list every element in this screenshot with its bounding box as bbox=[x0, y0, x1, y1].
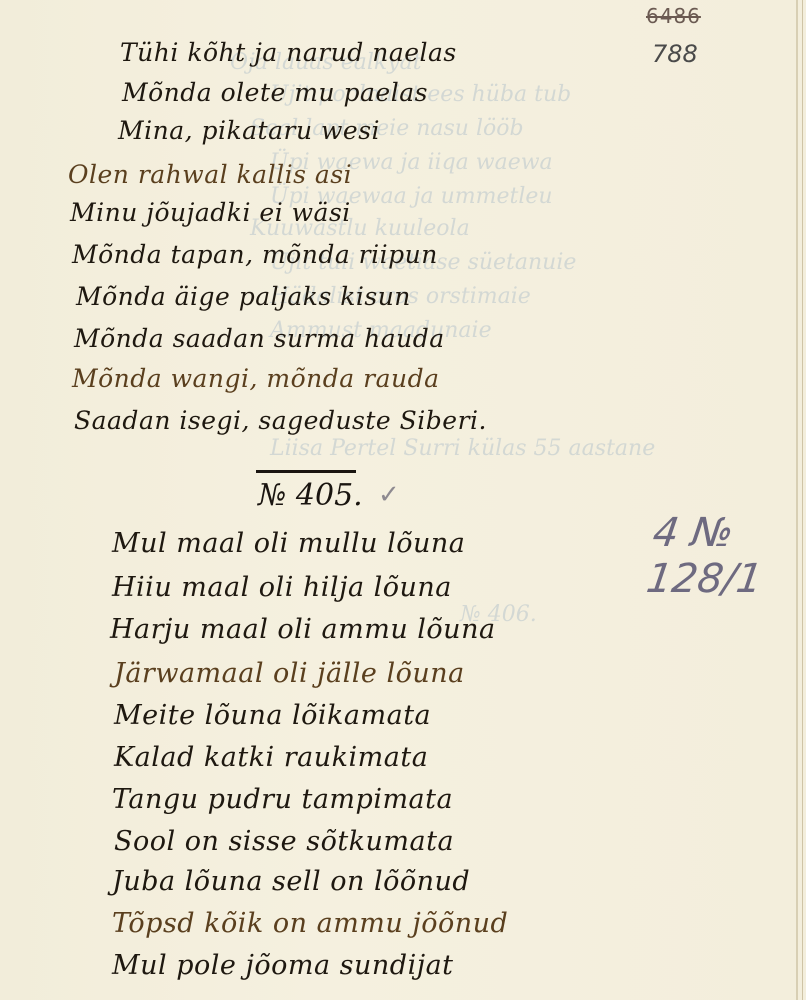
poem-2-line: Juba lõuna sell on lõõnud bbox=[112, 866, 470, 897]
poem-2-line: Kalad katki raukimata bbox=[114, 742, 428, 773]
page-edge bbox=[796, 0, 798, 1000]
catalog-number-struck: 6486 bbox=[646, 4, 701, 28]
poem-1-line: Tühi kõht ja narud naelas bbox=[120, 38, 457, 67]
poem-2-line: Mul maal oli mullu lõuna bbox=[112, 528, 465, 559]
poem-2-line: Hiiu maal oli hilja lõuna bbox=[112, 572, 452, 603]
poem-2-line: Järwamaal oli jälle lõuna bbox=[114, 658, 465, 689]
poem-1-line: Mina, pikataru wesi bbox=[118, 116, 380, 145]
poem-1-line: Olen rahwal kallis asi bbox=[68, 160, 352, 189]
poem-1-line: Mõnda äige paljaks kisun bbox=[76, 282, 411, 311]
check-mark-icon: ✓ bbox=[378, 480, 400, 510]
margin-annotation: 4 № 128/1 bbox=[644, 510, 806, 602]
poem-2-line: Tangu pudru tampimata bbox=[112, 784, 453, 815]
poem-1-line: Saadan isegi, sageduste Siberi. bbox=[74, 406, 487, 435]
poem-1-line: Minu jõujadki ei wäsi bbox=[70, 198, 351, 227]
bleed-through-line: Liisa Pertel Surri külas 55 aastane bbox=[270, 436, 655, 461]
page-edge-outer bbox=[802, 0, 803, 1000]
poem-1-line: Mõnda wangi, mõnda rauda bbox=[72, 364, 439, 393]
poem-number-heading: № 405. bbox=[258, 478, 363, 513]
heading-rule bbox=[256, 470, 356, 473]
poem-2-line: Meite lõuna lõikamata bbox=[114, 700, 431, 731]
poem-1-line: Mõnda saadan surma hauda bbox=[74, 324, 445, 353]
poem-1-line: Mõnda olete mu paelas bbox=[122, 78, 428, 107]
poem-2-line: Sool on sisse sõtkumata bbox=[114, 826, 454, 857]
poem-2-line: Harju maal oli ammu lõuna bbox=[110, 614, 496, 645]
poem-1-line: Mõnda tapan, mõnda riipun bbox=[72, 240, 438, 269]
manuscript-page: Oja lauas ealkyat Ujit poolnaist ees hüb… bbox=[0, 0, 806, 1000]
poem-2-line: Tõpsd kõik on ammu jõõnud bbox=[112, 908, 508, 939]
catalog-number: 788 bbox=[652, 40, 698, 68]
poem-2-line: Mul pole jõoma sundijat bbox=[112, 950, 454, 981]
